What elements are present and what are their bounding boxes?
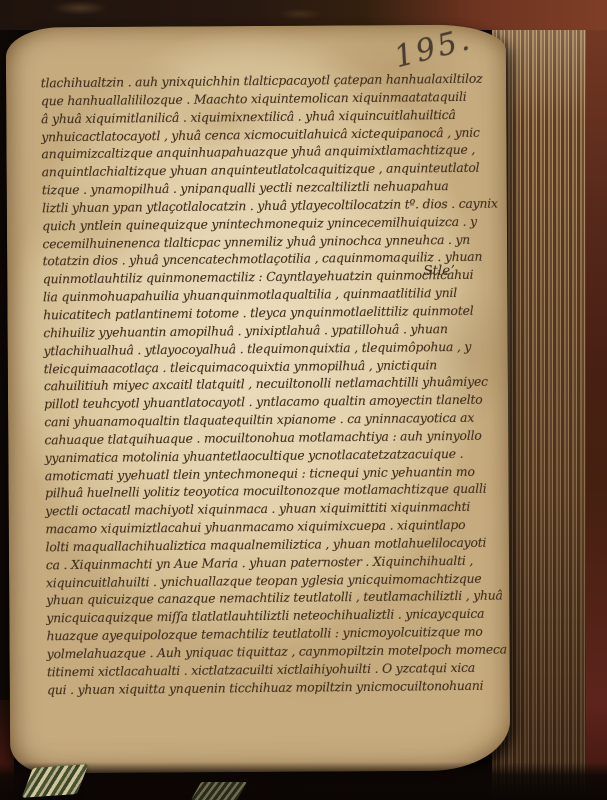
text-block: tlachihualtzin . auh ynixquichhin tlalti… (41, 70, 493, 699)
manuscript-photo: 195. tlachihualtzin . auh ynixquichhin t… (0, 0, 607, 800)
book-cover-right-edge (586, 0, 607, 800)
photo-bottom-shadow (0, 762, 607, 800)
margin-note: Stleʼ (423, 263, 454, 279)
folio-number: 195. (391, 24, 476, 75)
margin-note-mark: · (428, 283, 432, 297)
manuscript-page: 195. tlachihualtzin . auh ynixquichhin t… (6, 24, 511, 773)
text-line: qui . yhuan xiquitta ynquenin ticchihuaz… (47, 676, 492, 699)
